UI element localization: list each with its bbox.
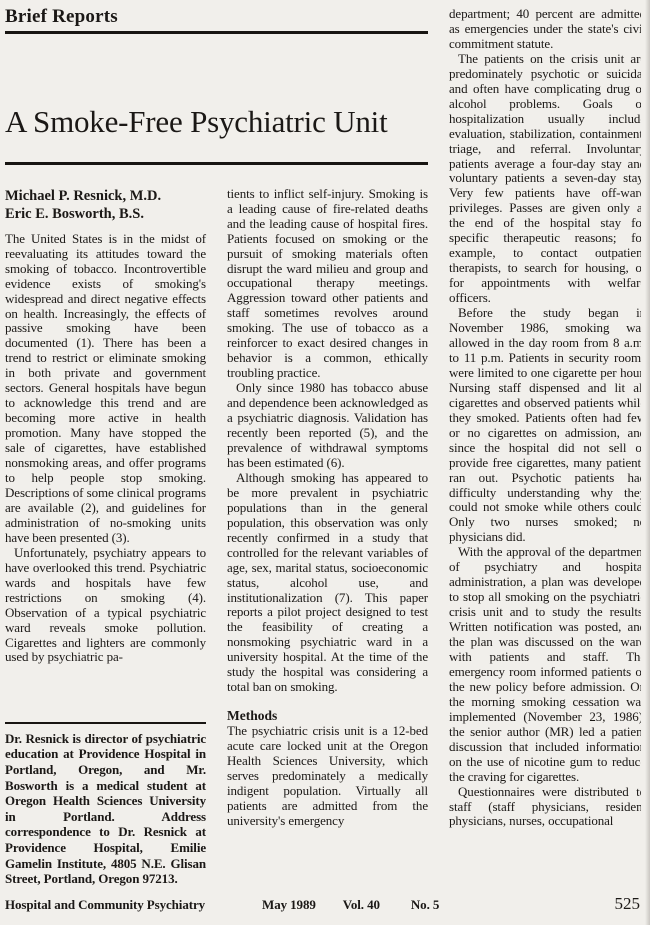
column-2: tients to inflict self-injury. Smoking i…	[227, 187, 428, 887]
journal-name: Hospital and Community Psychiatry	[5, 897, 205, 913]
author-footnote-block: Dr. Resnick is director of psychiatric e…	[5, 722, 206, 887]
article-title: A Smoke-Free Psychiatric Unit	[5, 103, 428, 141]
column-1-paragraphs: The United States is in the midst of ree…	[5, 232, 206, 666]
body-paragraph: The psychiatric crisis unit is a 12-bed …	[227, 724, 428, 829]
author-line: Eric E. Bosworth, B.S.	[5, 205, 206, 223]
column-1: Michael P. Resnick, M.D.Eric E. Bosworth…	[5, 187, 206, 887]
body-paragraph: The United States is in the midst of ree…	[5, 232, 206, 546]
methods-paragraphs: The psychiatric crisis unit is a 12-bed …	[227, 724, 428, 829]
body-paragraph: Unfortunately, psychiatry appears to hav…	[5, 546, 206, 666]
body-paragraph: Only since 1980 has tobacco abuse and de…	[227, 381, 428, 471]
left-region: Brief Reports A Smoke-Free Psychiatric U…	[5, 6, 428, 888]
body-paragraph: Before the study began in November 1986,…	[449, 306, 641, 545]
author-footnote: Dr. Resnick is director of psychiatric e…	[5, 731, 206, 887]
body-paragraph: With the approval of the department of p…	[449, 545, 641, 784]
journal-page: Brief Reports A Smoke-Free Psychiatric U…	[0, 0, 650, 925]
volume-label: Vol. 40	[343, 897, 380, 913]
column-2-paragraphs: tients to inflict self-injury. Smoking i…	[227, 187, 428, 695]
title-rule	[5, 162, 428, 165]
body-paragraph: tients to inflict self-injury. Smoking i…	[227, 187, 428, 381]
section-rule	[5, 31, 428, 34]
section-label: Brief Reports	[5, 6, 428, 28]
running-footer: Hospital and Community Psychiatry May 19…	[5, 894, 640, 914]
body-paragraph: Although smoking has appeared to be more…	[227, 471, 428, 695]
text-columns: Michael P. Resnick, M.D.Eric E. Bosworth…	[5, 187, 428, 887]
page-number: 525	[615, 894, 641, 914]
issue-date: May 1989	[262, 897, 316, 913]
article-body: Brief Reports A Smoke-Free Psychiatric U…	[5, 6, 641, 888]
author-names: Michael P. Resnick, M.D.Eric E. Bosworth…	[5, 187, 206, 223]
methods-heading: Methods	[227, 708, 428, 723]
author-line: Michael P. Resnick, M.D.	[5, 187, 206, 205]
issue-number-label: No. 5	[411, 897, 439, 913]
body-paragraph: department; 40 percent are admitted as e…	[449, 7, 641, 52]
column-3-paragraphs: department; 40 percent are admitted as e…	[449, 7, 641, 829]
column-3: department; 40 percent are admitted as e…	[449, 6, 641, 888]
footnote-rule	[5, 722, 206, 724]
body-paragraph: Questionnaires were distributed to staff…	[449, 785, 641, 830]
body-paragraph: The patients on the crisis unit are pred…	[449, 52, 641, 306]
